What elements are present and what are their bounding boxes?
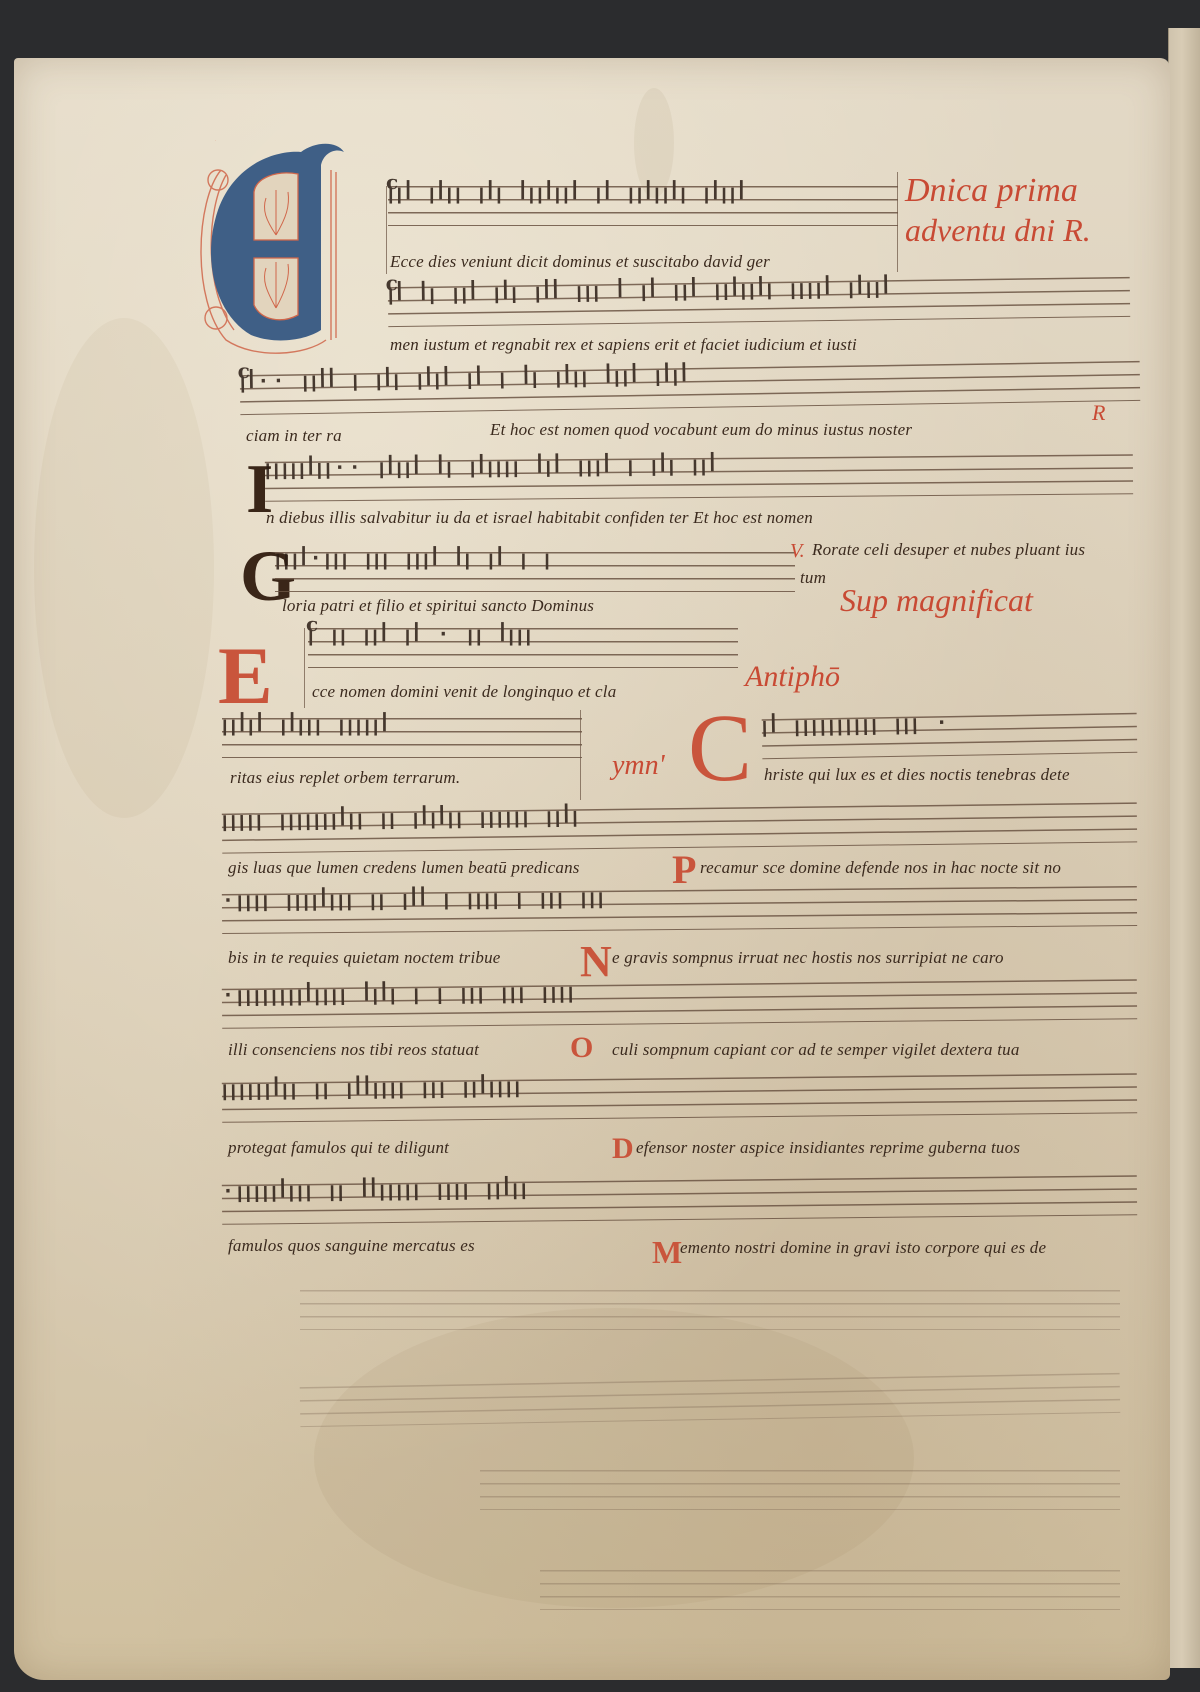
- initial-D-red: D: [612, 1134, 634, 1164]
- illuminated-initial-E: [196, 140, 346, 358]
- lyric-line-14: bis in te requies quietam noctem tribue: [228, 948, 501, 968]
- lyric-line-11: hriste qui lux es et dies noctis tenebra…: [764, 765, 1070, 785]
- lyric-line-5: n diebus illis salvabitur iu da et israe…: [266, 508, 813, 528]
- rubric-sup-magnificat: Sup magnificat: [840, 582, 1033, 619]
- initial-M-red: M: [652, 1236, 682, 1268]
- rubric-verse-marker: V.: [790, 540, 805, 563]
- music-staff-6: c ꞁ ꞁꞁ ꞁꞁꟾ ꞁꟾ · ꞁꞁ ꟾꞁꞁꞁ: [308, 628, 738, 668]
- rubric-heading-line2: adventu dni R.: [905, 212, 1091, 249]
- neumes: ꞁꟾ ꞁꞁꞁꞁꞁꞁꞁꞁꞁꞁ ꞁꞁꞁ ·: [762, 707, 1138, 766]
- lyric-line-15: e gravis sompnus irruat nec hostis nos s…: [612, 948, 1004, 968]
- lyric-line-7: Rorate celi desuper et nubes pluant ius: [812, 540, 1085, 560]
- music-staff-2: c ꞁꟾ ꟾꞁ ꞁꞁꟾ ꞁꟾꞁ ꞁꟾꟾ ꞁꞁꞁ ꟾ ꞁꟾ ꞁꞁꟾ ꞁꞁꟾꞁꞁꟾꞁ…: [388, 277, 1130, 327]
- stain: [314, 1308, 914, 1608]
- staff-left-rule: [304, 628, 305, 708]
- lyric-line-13: recamur sce domine defende nos in hac no…: [700, 858, 1061, 878]
- show-through-staff: [540, 1570, 1120, 1610]
- lyric-line-2: men iustum et regnabit rex et sapiens er…: [390, 335, 857, 355]
- initial-N-red: N: [580, 940, 612, 984]
- neumes: ꞁꞁꞁꟾ·ꞁꞁꞁ ꞁꞁꞁ ꞁꞁꞁꟾ ꟾꞁ ꞁꟾ ꞁ ꞁ: [275, 546, 795, 598]
- neumes: ꞁꟾ ꟾꞁ ꞁꞁꟾ ꞁꟾꞁ ꞁꟾꟾ ꞁꞁꞁ ꟾ ꞁꟾ ꞁꞁꟾ ꞁꞁꟾꞁꞁꟾꞁ ꞁ…: [388, 271, 1131, 333]
- music-staff-3: c ꞁꟾ·· ꞁꞁꟾꟾ ꞁ ꞁꟾꞁ ꞁꟾꞁꟾ ꞁꟾ ꞁ ꟾꞁ ꞁꟾꞁꞁ ꟾꞁꞁꟾ…: [240, 361, 1141, 415]
- lyric-line-12: gis luas que lumen credens lumen beatū p…: [228, 858, 580, 878]
- rubric-hymnus: ymn': [612, 750, 665, 782]
- rubric-heading-line1: Dnica prima: [905, 172, 1078, 210]
- staff-left-rule: [386, 186, 387, 274]
- lyric-line-10: ritas eius replet orbem terrarum.: [230, 768, 460, 788]
- music-staff-5: ꞁꞁꞁꟾ·ꞁꞁꞁ ꞁꞁꞁ ꞁꞁꞁꟾ ꟾꞁ ꞁꟾ ꞁ ꞁ: [275, 552, 795, 592]
- lyric-line-4: Et hoc est nomen quod vocabunt eum do mi…: [490, 420, 912, 440]
- music-staff-9: ꞁꞁꞁꞁꞁ ꞁꞁꞁꞁꞁꞁꞁꟾꞁꞁ ꞁꞁ ꞁꟾꞁꟾꞁꞁ ꞁꞁꞁꞁꞁꞁ ꞁꞁꟾꞁ: [222, 802, 1137, 853]
- music-staff-12: ꞁꞁꞁꞁꞁꞁꟾꞁꞁ ꞁꞁ ꞁꟾꟾꞁꞁꞁꞁ ꞁꞁꞁ ꞁꞁꟾꞁꞁꞁꞁ: [222, 1073, 1137, 1123]
- rubric-response-marker: R: [1092, 400, 1105, 426]
- music-staff-1: c ꞁꞁꟾ ꞁꟾꞁꞁ ꞁꟾꞁ ꟾꞁꞁꟾꞁꞁꟾ ꞁꟾ ꞁꞁꟾꞁꞁꟾꞁ ꞁꟾꞁꞁꟾ: [388, 186, 898, 226]
- neumes: ꞁꞁꟾꞁꟾ ꞁꟾꞁꞁꞁ ꞁꞁꞁꞁꞁꟾ: [222, 712, 582, 764]
- neumes: ꞁꞁꞁꞁꞁꞁꟾꞁꞁ ꞁꞁ ꞁꟾꟾꞁꞁꞁꞁ ꞁꞁꞁ ꞁꞁꟾꞁꞁꞁꞁ: [222, 1067, 1137, 1129]
- stain: [34, 318, 214, 818]
- initial-E-red: E: [218, 635, 273, 717]
- lyric-line-16: illi consenciens nos tibi reos statuat: [228, 1040, 479, 1060]
- lyric-line-17: culi sompnum capiant cor ad te semper vi…: [612, 1040, 1020, 1060]
- music-staff-11: ·ꞁꞁꞁꞁꞁꞁꞁꞁꟾꞁꞁꞁꞁ ꟾꞁꟾꞁ ꞁ ꞁ ꞁꞁꞁ ꞁꞁꞁ ꞁꞁꞁꞁ: [222, 979, 1137, 1029]
- music-staff-10: ·ꞁꞁꞁꞁ ꞁꞁꞁꞁꟾꞁꞁꞁ ꞁꞁ ꞁꟾꟾ ꞁ ꞁꞁꞁꞁ ꞁ ꞁꞁꞁ ꞁꞁꞁ: [222, 886, 1137, 934]
- music-staff-4: ꞁꞁꞁꞁꞁꟾꞁꞁ·· ꞁꟾꞁꞁꟾ ꟾꞁ ꞁꟾꞁꞁꞁꞁ ꟾꞁꟾ ꞁꞁꞁꟾ ꞁ ꞁꟾ…: [265, 454, 1133, 502]
- lyric-line-19: efensor noster aspice insidiantes reprim…: [636, 1138, 1020, 1158]
- neumes: ꞁꞁꞁꞁꞁꟾꞁꞁ·· ꞁꟾꞁꞁꟾ ꟾꞁ ꞁꟾꞁꞁꞁꞁ ꟾꞁꟾ ꞁꞁꞁꟾ ꞁ ꞁꟾ…: [265, 448, 1133, 508]
- lyric-line-21: emento nostri domine in gravi isto corpo…: [680, 1238, 1046, 1258]
- rubric-antiphona: Antiphō: [745, 660, 840, 694]
- neumes: ·ꞁꞁꞁꞁꞁꞁꞁꞁꟾꞁꞁꞁꞁ ꟾꞁꟾꞁ ꞁ ꞁ ꞁꞁꞁ ꞁꞁꞁ ꞁꞁꞁꞁ: [222, 973, 1137, 1035]
- music-staff-7: ꞁꞁꟾꞁꟾ ꞁꟾꞁꞁꞁ ꞁꞁꞁꞁꞁꟾ: [222, 718, 582, 758]
- neumes: ·ꞁꞁꞁꞁꞁꟾꞁꞁꞁ ꞁꞁ ꟾꟾꞁꞁꞁꞁꞁ ꞁꞁꞁꞁ ꞁꞁꟾꞁꞁ: [222, 1169, 1137, 1231]
- initial-O-red: O: [570, 1033, 593, 1063]
- show-through-staff: [300, 1290, 1120, 1330]
- column-rule: [580, 710, 581, 800]
- lyric-line-18: protegat famulos qui te diligunt: [228, 1138, 449, 1158]
- lyric-line-6: loria patri et filio et spiritui sancto …: [282, 596, 594, 616]
- lyric-line-20: famulos quos sanguine mercatus es: [228, 1236, 475, 1256]
- neumes: ꞁ ꞁꞁ ꞁꞁꟾ ꞁꟾ · ꞁꞁ ꟾꞁꞁꞁ: [308, 622, 738, 674]
- show-through-staff: [480, 1470, 1120, 1510]
- music-staff-13: ·ꞁꞁꞁꞁꞁꟾꞁꞁꞁ ꞁꞁ ꟾꟾꞁꞁꞁꞁꞁ ꞁꞁꞁꞁ ꞁꞁꟾꞁꞁ: [222, 1175, 1137, 1225]
- neumes: ꞁꞁꟾ ꞁꟾꞁꞁ ꞁꟾꞁ ꟾꞁꞁꟾꞁꞁꟾ ꞁꟾ ꞁꞁꟾꞁꞁꟾꞁ ꞁꟾꞁꞁꟾ: [388, 180, 898, 232]
- neumes: ·ꞁꞁꞁꞁ ꞁꞁꞁꞁꟾꞁꞁꞁ ꞁꞁ ꞁꟾꟾ ꞁ ꞁꞁꞁꞁ ꞁ ꞁꞁꞁ ꞁꞁꞁ: [222, 880, 1137, 940]
- lyric-line-8: tum: [800, 568, 826, 588]
- initial-C-red: C: [688, 700, 752, 796]
- lyric-line-9: cce nomen domini venit de longinquo et c…: [312, 682, 616, 702]
- lyric-line-3: ciam in ter ra: [246, 426, 342, 446]
- music-staff-8: ꞁꟾ ꞁꞁꞁꞁꞁꞁꞁꞁꞁꞁ ꞁꞁꞁ ·: [762, 713, 1138, 760]
- lyric-line-1: Ecce dies veniunt dicit dominus et susci…: [390, 252, 770, 272]
- initial-E-icon: [196, 140, 346, 358]
- adjacent-page-edge: [1168, 28, 1200, 1668]
